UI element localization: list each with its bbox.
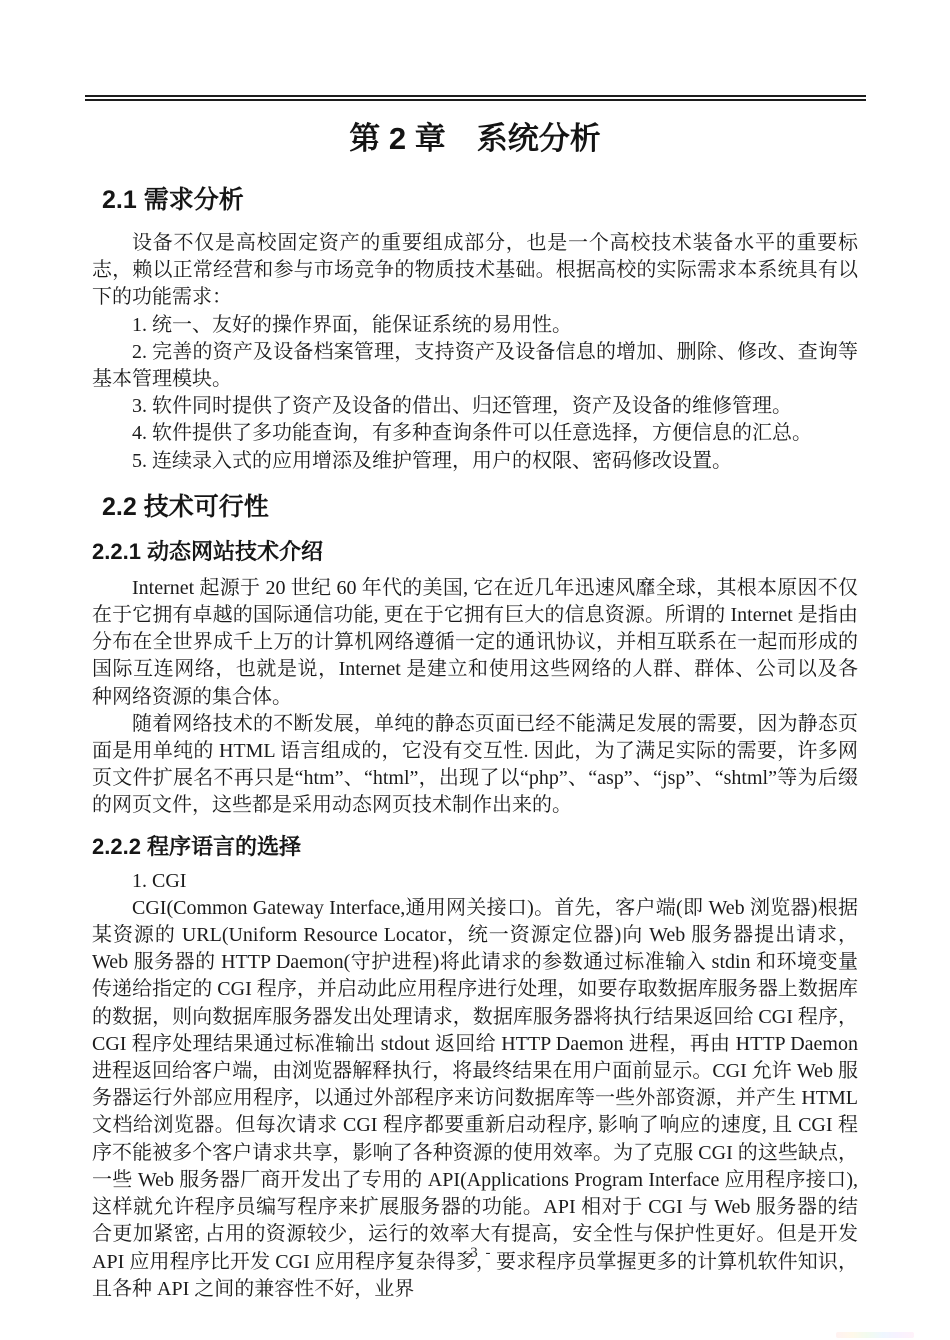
requirement-item-1: 1. 统一、友好的操作界面，能保证系统的易用性。 <box>92 312 858 339</box>
requirement-item-2: 2. 完善的资产及设备档案管理，支持资产及设备信息的增加、删除、修改、查询等基本… <box>92 339 858 393</box>
paragraph-cgi-description: CGI(Common Gateway Interface,通用网关接口)。首先，… <box>92 895 858 1303</box>
requirement-item-4: 4. 软件提供了多功能查询，有多种查询条件可以任意选择，方便信息的汇总。 <box>92 420 858 447</box>
page-content: 第 2 章 系统分析 2.1 需求分析 设备不仅是高校固定资产的重要组成部分，也… <box>0 0 950 1303</box>
paragraph-dynamic-pages: 随着网络技术的不断发展，单纯的静态页面已经不能满足发展的需要，因为静态页面是用单… <box>92 711 858 820</box>
requirement-item-5: 5. 连续录入式的应用增添及维护管理，用户的权限、密码修改设置。 <box>92 448 858 475</box>
requirements-intro-paragraph: 设备不仅是高校固定资产的重要组成部分，也是一个高校技术装备水平的重要标志，赖以正… <box>92 230 858 312</box>
watermark <box>836 1332 914 1338</box>
section-heading-2-1: 2.1 需求分析 <box>102 184 858 216</box>
paragraph-internet-origin: Internet 起源于 20 世纪 60 年代的美国, 它在近几年迅速风靡全球… <box>92 575 858 711</box>
chapter-title: 第 2 章 系统分析 <box>92 118 858 160</box>
list-item-cgi: 1. CGI <box>92 868 858 895</box>
subsection-heading-2-2-2: 2.2.2 程序语言的选择 <box>92 832 858 862</box>
requirement-item-3: 3. 软件同时提供了资产及设备的借出、归还管理，资产及设备的维修管理。 <box>92 393 858 420</box>
document-page: 第 2 章 系统分析 2.1 需求分析 设备不仅是高校固定资产的重要组成部分，也… <box>0 0 950 1340</box>
subsection-heading-2-2-1: 2.2.1 动态网站技术介绍 <box>92 537 858 567</box>
page-number: - 3 - <box>0 1244 950 1262</box>
section-heading-2-2: 2.2 技术可行性 <box>102 491 858 523</box>
header-double-rule <box>85 95 866 101</box>
